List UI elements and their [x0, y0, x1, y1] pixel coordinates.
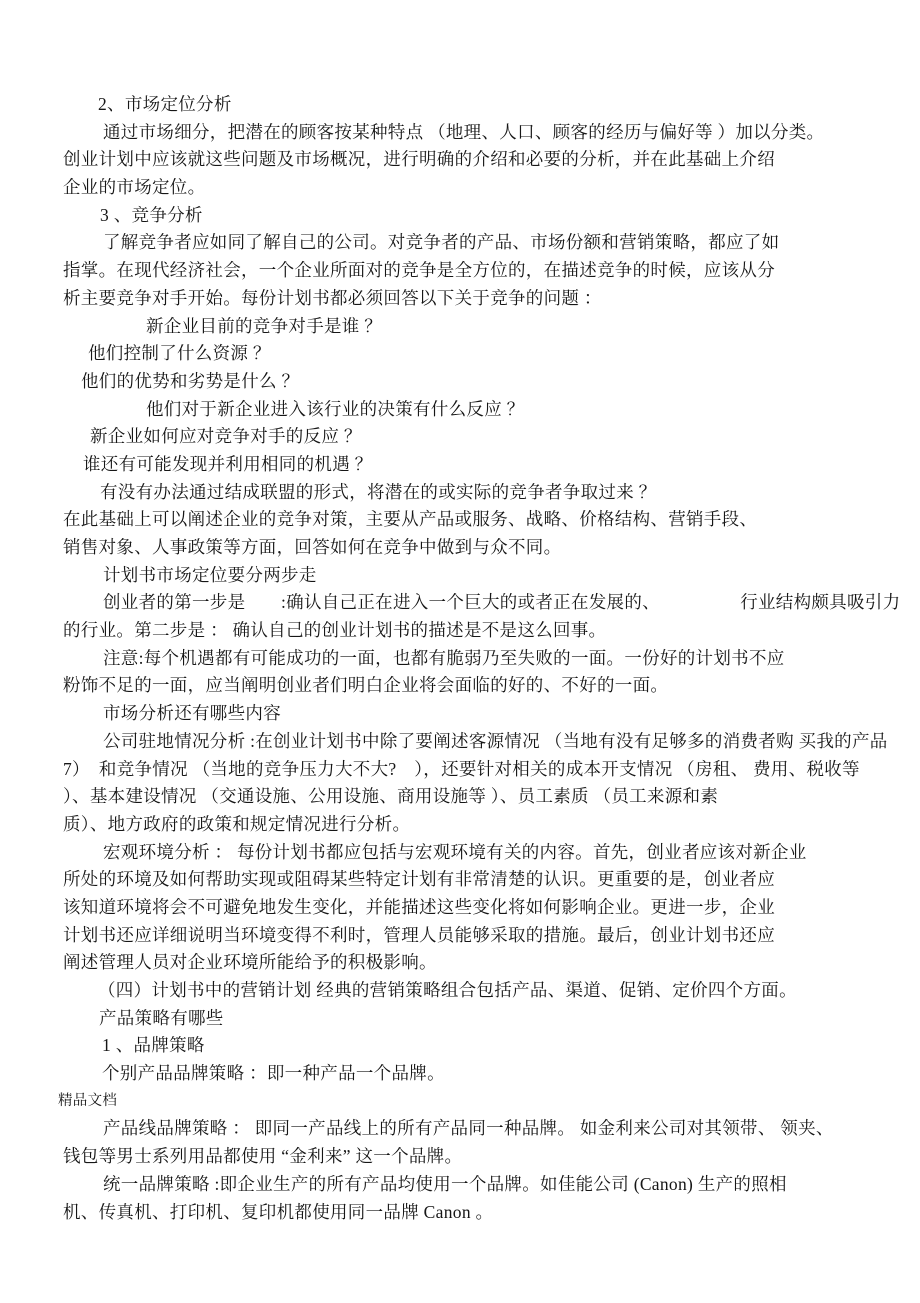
text-line: 统一品牌策略 :即企业生产的所有产品均使用一个品牌。如佳能公司 (Canon) … — [0, 1171, 920, 1199]
text-layer: 2、市场定位分析通过市场细分，把潜在的顾客按某种特点 （地理、人口、顾客的经历与… — [0, 91, 920, 1226]
text-line: 析主要竞争对手开始。每份计划书都必须回答以下关于竞争的问题 ： — [0, 285, 920, 313]
text-line: 了解竞争者应如同了解自己的公司。对竞争者的产品、市场份额和营销策略，都应了如 — [0, 229, 920, 257]
text-line: 3 、竞争分析 — [0, 202, 920, 230]
text-line: 他们对于新企业进入该行业的决策有什么反应 ？ — [0, 396, 920, 424]
text-line: 销售对象、人事政策等方面，回答如何在竞争中做到与众不同。 — [0, 534, 920, 562]
watermark-line: 精品文档 — [0, 1088, 920, 1116]
text-line: 该知道环境将会不可避免地发生变化，并能描述这些变化将如何影响企业。更进一步，企业 — [0, 894, 920, 922]
text-line: 机、传真机、打印机、复印机都使用同一品牌 Canon 。 — [0, 1199, 920, 1227]
text-line: 阐述管理人员对企业环境所能给予的积极影响。 — [0, 949, 920, 977]
text-line: 钱包等男士系列用品都使用 “金利来” 这一个品牌。 — [0, 1143, 920, 1171]
text-line: 有没有办法通过结成联盟的形式，将潜在的或实际的竞争者争取过来 ？ — [0, 479, 920, 507]
text-line: 计划书还应详细说明当环境变得不利时，管理人员能够采取的措施。最后，创业计划书还应 — [0, 922, 920, 950]
text-line: 他们的优势和劣势是什么 ？ — [0, 368, 920, 396]
text-line: 指掌。在现代经济社会，一个企业所面对的竞争是全方位的，在描述竞争的时候，应该从分 — [0, 257, 920, 285]
text-line: 通过市场细分，把潜在的顾客按某种特点 （地理、人口、顾客的经历与偏好等 ）加以分… — [0, 119, 920, 147]
text-line: 个别产品品牌策略 ：即一种产品一个品牌。 — [0, 1060, 920, 1088]
text-line: 市场分析还有哪些内容 — [0, 700, 920, 728]
text-line: 的行业。第二步是 ： 确认自己的创业计划书的描述是不是这么回事。 — [0, 617, 920, 645]
text-line: 新企业如何应对竞争对手的反应 ？ — [0, 423, 920, 451]
text-line: 所处的环境及如何帮助实现或阻碍某些特定计划有非常清楚的认识。更重要的是，创业者应 — [0, 866, 920, 894]
text-line: 公司驻地情况分析 :在创业计划书中除了要阐述客源情况 （当地有没有足够多的消费者… — [0, 728, 920, 756]
text-line: 粉饰不足的一面，应当阐明创业者们明白企业将会面临的好的、不好的一面。 — [0, 672, 920, 700]
document-page: 2、市场定位分析通过市场细分，把潜在的顾客按某种特点 （地理、人口、顾客的经历与… — [0, 0, 920, 1303]
text-line: 他们控制了什么资源 ？ — [0, 340, 920, 368]
text-line: 创业计划中应该就这些问题及市场概况，进行明确的介绍和必要的分析，并在此基础上介绍 — [0, 146, 920, 174]
text-line: 1 、品牌策略 — [0, 1032, 920, 1060]
text-line: 产品策略有哪些 — [0, 1005, 920, 1033]
text-line: 2、市场定位分析 — [0, 91, 920, 119]
text-line: 质）、地方政府的政策和规定情况进行分析。 — [0, 811, 920, 839]
text-line: ）、基本建设情况 （交通设施、公用设施、商用设施等 ）、员工素质 （员工来源和素 — [0, 783, 920, 811]
text-line: 新企业目前的竞争对手是谁 ？ — [0, 313, 920, 341]
text-line: 宏观环境分析 ： 每份计划书都应包括与宏观环境有关的内容。首先，创业者应该对新企… — [0, 839, 920, 867]
text-line: 产品线品牌策略 ： 即同一产品线上的所有产品同一种品牌。 如金利来公司对其领带、… — [0, 1115, 920, 1143]
text-line: 企业的市场定位。 — [0, 174, 920, 202]
text-line: 谁还有可能发现并利用相同的机遇 ？ — [0, 451, 920, 479]
text-line: 注意:每个机遇都有可能成功的一面，也都有脆弱乃至失败的一面。一份好的计划书不应 — [0, 645, 920, 673]
text-line: 7） 和竞争情况 （当地的竞争压力大不大? ），还要针对相关的成本开支情况 （房… — [0, 756, 920, 784]
text-line: 计划书市场定位要分两步走 — [0, 562, 920, 590]
text-line: 创业者的第一步是 :确认自己正在进入一个巨大的或者正在发展的、 行业结构颇具吸引… — [0, 589, 920, 617]
text-line: （四）计划书中的营销计划 经典的营销策略组合包括产品、渠道、促销、定价四个方面。 — [0, 977, 920, 1005]
text-line: 在此基础上可以阐述企业的竞争对策，主要从产品或服务、战略、价格结构、营销手段、 — [0, 506, 920, 534]
